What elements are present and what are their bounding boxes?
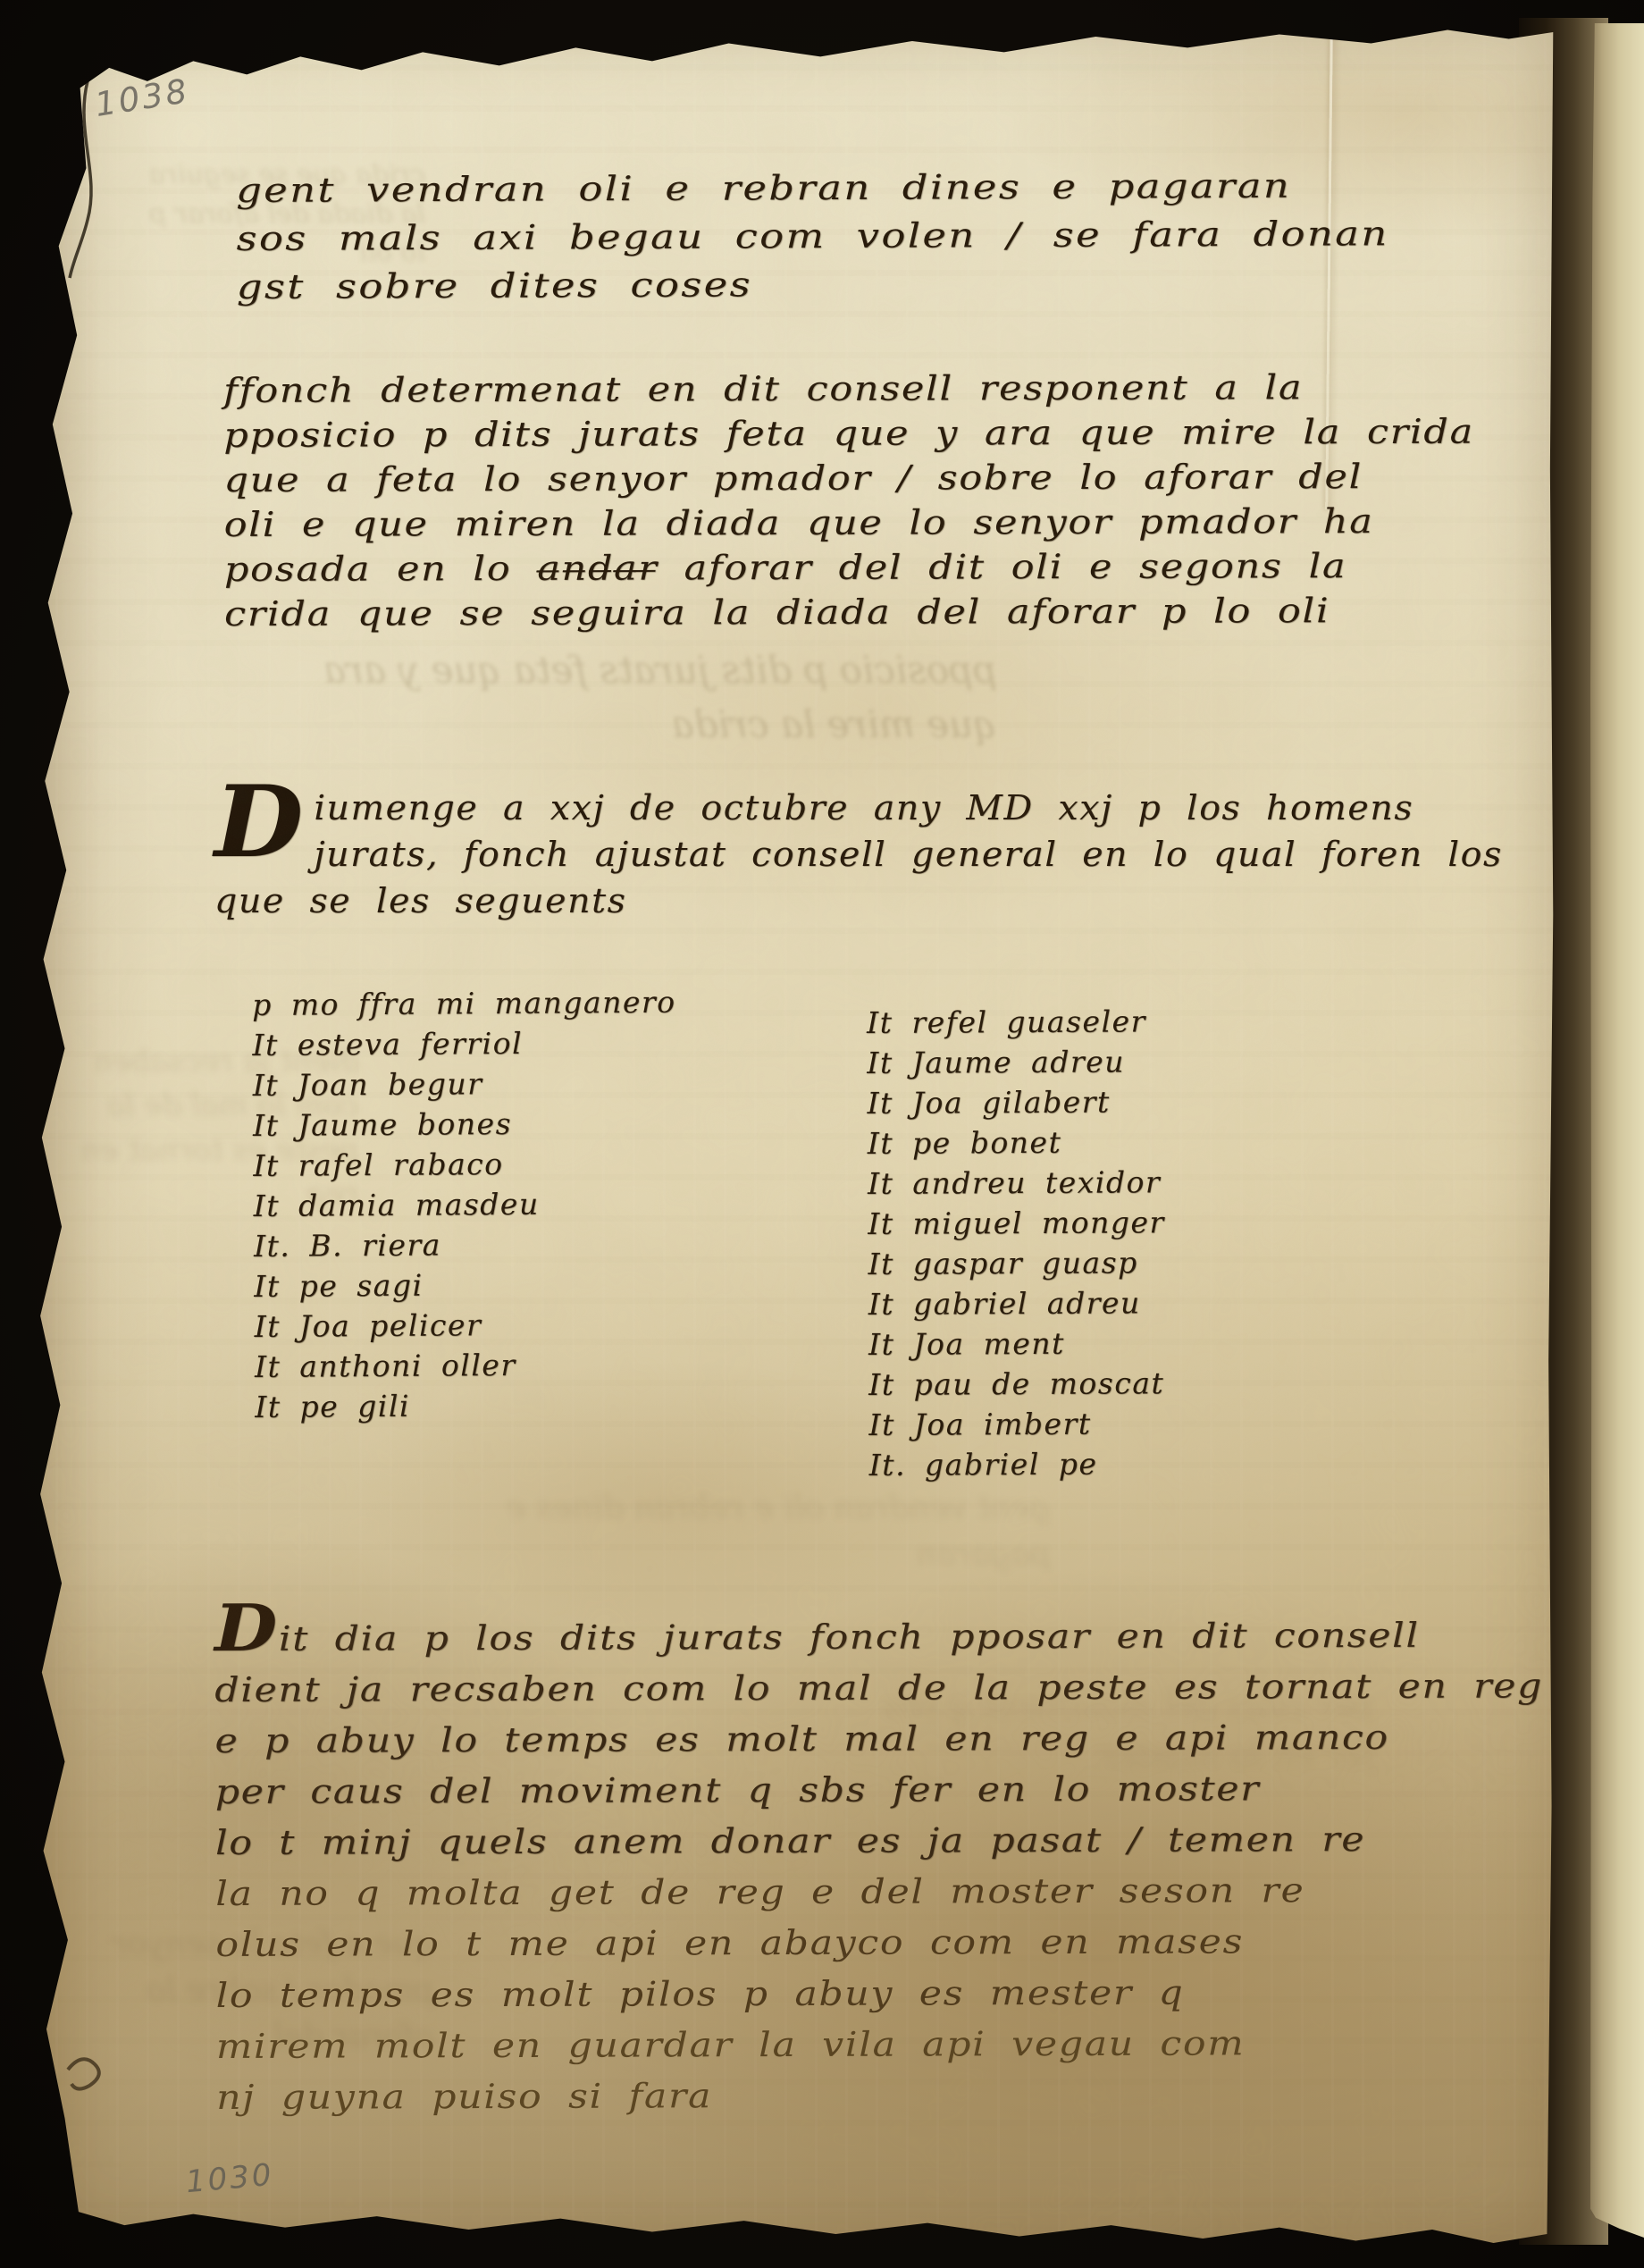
attendee-name: It. B. riera <box>254 1223 678 1266</box>
manuscript-line: lo temps es molt pilos p abuy es mester … <box>216 1966 1545 2021</box>
paragraph-plague-report: Dit dia p los dits jurats fonch pposar e… <box>214 1599 1545 2123</box>
attendee-list-right: It refel guaselerIt Jaume adreuIt Joa gi… <box>867 1001 1166 1485</box>
attendee-name: It gabriel adreu <box>868 1282 1166 1324</box>
manuscript-page: crida que se seguira la diada del aforar… <box>25 23 1555 2252</box>
ghost-text: gent vendran oli e rebran dines e pagara… <box>398 1485 1051 1600</box>
manuscript-line: mirem molt en guardar la vila api vegau … <box>216 2017 1545 2072</box>
manuscript-line: Diumenge a xxj de octubre any MD xxj p l… <box>214 785 1413 831</box>
next-page-edge <box>1590 23 1644 2238</box>
attendee-name: It Joa ment <box>868 1323 1166 1365</box>
attendee-name: p mo ffra mi manganero <box>252 982 676 1025</box>
attendee-name: It pau de moscat <box>868 1363 1166 1405</box>
manuscript-line: gst sobre dites coses <box>237 257 1389 311</box>
ink-mark <box>61 2045 123 2098</box>
manuscript-line: pposicio p dits jurats feta que y ara qu… <box>223 409 1474 458</box>
manuscript-line: dient ja recsaben com lo mal de la peste… <box>214 1660 1543 1716</box>
manuscript-line: ffonch determenat en dit consell respone… <box>223 365 1474 413</box>
attendee-name: It esteva ferriol <box>252 1022 676 1065</box>
attendee-name: It Joan begur <box>253 1063 677 1105</box>
attendee-name: It Joa gilabert <box>867 1081 1164 1123</box>
manuscript-line: Dit dia p los dits jurats fonch pposar e… <box>214 1599 1543 1665</box>
attendee-name: It pe gili <box>255 1384 679 1427</box>
attendee-name: It miguel monger <box>868 1202 1165 1244</box>
paragraph-oil-sale: gent vendran oli e rebran dines e pagara… <box>236 161 1389 311</box>
attendee-name: It damia masdeu <box>254 1183 678 1226</box>
manuscript-line: gent vendran oli e rebran dines e pagara… <box>236 161 1388 214</box>
manuscript-photograph: crida que se seguira la diada del aforar… <box>0 0 1644 2268</box>
manuscript-line: e p abuy lo temps es molt mal en reg e a… <box>214 1711 1543 1767</box>
paragraph-assembly-date: Diumenge a xxj de octubre any MD xxj p l… <box>214 785 1413 924</box>
attendee-name: It pe sagi <box>254 1264 678 1306</box>
attendee-name: It rafel rabaco <box>253 1143 677 1186</box>
manuscript-line: jurats, fonch ajustat consell general en… <box>214 831 1413 878</box>
attendee-name: It andreu texidor <box>868 1162 1165 1204</box>
manuscript-line: que a feta lo senyor pmador / sobre lo a… <box>223 454 1474 502</box>
attendee-name: It gaspar guasp <box>868 1242 1165 1284</box>
manuscript-line: posada en lo a̶n̶d̶a̶r̶ aforar del dit o… <box>224 543 1475 592</box>
attendee-name: It Joa pelicer <box>255 1304 679 1347</box>
attendee-name: It Jaume adreu <box>867 1041 1164 1083</box>
manuscript-line: per caus del moviment q sbs fer en lo mo… <box>215 1762 1544 1818</box>
manuscript-line: nj guyna puiso si fara <box>216 2068 1545 2123</box>
attendee-name: It Joa imbert <box>868 1403 1166 1445</box>
manuscript-line: olus en lo t me api en abayco com en mas… <box>215 1915 1544 1970</box>
manuscript-line: lo t minj quels anem donar es ja pasat /… <box>215 1813 1544 1869</box>
manuscript-line: la no q molta get de reg e del moster se… <box>215 1864 1544 1919</box>
manuscript-line: sos mals axi begau com volen / se fara d… <box>236 209 1388 263</box>
folio-number-top: 1038 <box>92 71 192 124</box>
attendee-list-left: p mo ffra mi manganeroIt esteva ferriolI… <box>252 982 679 1427</box>
attendee-name: It anthoni oller <box>255 1344 679 1387</box>
manuscript-line: oli e que miren la diada que lo senyor p… <box>224 499 1475 547</box>
manuscript-line: que se les seguents <box>214 878 1413 924</box>
manuscript-line: crida que se seguira la diada del aforar… <box>224 588 1475 636</box>
attendee-name: It Jaume bones <box>253 1103 677 1146</box>
folio-number-bottom: 1030 <box>184 2157 275 2200</box>
attendee-name: It refel guaseler <box>867 1001 1164 1043</box>
paragraph-council-response: ffonch determenat en dit consell respone… <box>223 365 1475 636</box>
attendee-name: It pe bonet <box>868 1121 1165 1163</box>
attendee-name: It. gabriel pe <box>869 1443 1167 1485</box>
